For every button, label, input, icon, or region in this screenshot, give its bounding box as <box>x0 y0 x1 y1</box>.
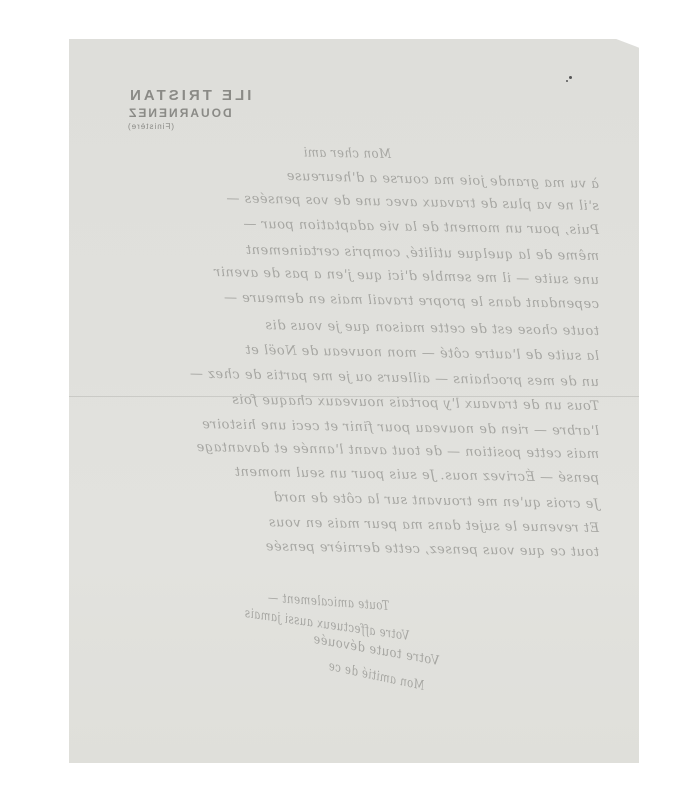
letter-paper: ILE TRISTAN DOUARNENEZ (Finistère) Mon c… <box>69 39 639 763</box>
handwritten-line: un de mes prochains — ailleurs ou je me … <box>189 366 599 390</box>
handwritten-line: cependant dans le propre travail mais en… <box>223 290 599 312</box>
handwritten-line: tout ce que vous pensez, cette dernière … <box>265 539 599 560</box>
handwritten-line: une suite — il me semble d'ici que j'en … <box>213 265 599 288</box>
handwritten-line: même de la quelque utilité, compris cert… <box>245 243 599 264</box>
handwritten-line: mais cette position — de tout avant l'an… <box>196 440 599 462</box>
handwritten-line: Tous un de travaux l'y portais nouveaux … <box>232 393 600 414</box>
handwritten-line: s'il ne va plus de travaux avec une de v… <box>226 191 599 214</box>
handwritten-line: pensé — Écrivez nous. Je suis pour un se… <box>234 465 599 486</box>
handwritten-line: toute chose est de cette maison que je v… <box>265 318 599 339</box>
ink-spot <box>569 76 572 79</box>
handwritten-body: Mon cher amià vu ma grande joie ma cours… <box>69 39 639 763</box>
handwritten-line: Je crois qu'en me trouvant sur la côte d… <box>273 490 599 512</box>
ink-spot <box>566 80 568 82</box>
handwritten-line: Mon cher ami <box>303 145 391 162</box>
handwritten-line: Toute amicalement — <box>267 591 390 614</box>
handwritten-line: Puis, pour un moment de la vie adaptatio… <box>243 217 599 238</box>
handwritten-line: à vu ma grande joie ma course a d'heureu… <box>286 169 599 192</box>
handwritten-line: Et revenue le sujet dans ma peur mais en… <box>268 515 599 536</box>
handwritten-line: la suite de l'autre côté — mon nouveau d… <box>245 343 599 364</box>
handwritten-line: l'arbre — rien de nouveau pour finir et … <box>201 417 599 439</box>
